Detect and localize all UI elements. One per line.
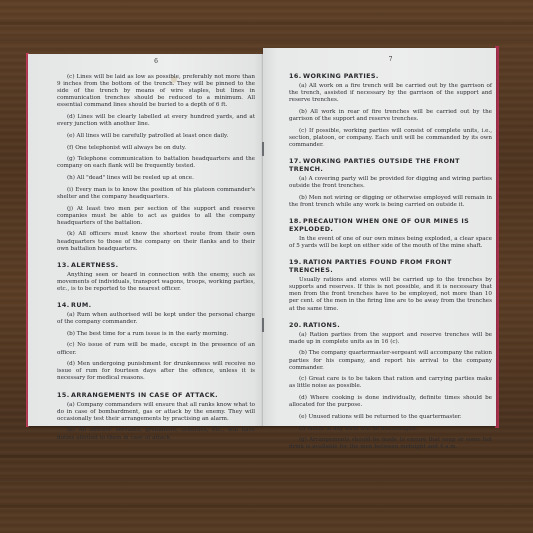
- section-number: 19.: [289, 258, 303, 266]
- section-heading: 20.RATIONS.: [289, 321, 492, 329]
- section-title: RATION PARTIES FOUND FROM FRONT TRENCHES…: [289, 258, 452, 274]
- section-number: 20.: [289, 321, 303, 329]
- section-title: ARRANGEMENTS IN CASE OF ATTACK.: [71, 391, 218, 399]
- paragraph: (b) Men not wiring or digging or otherwi…: [289, 195, 492, 209]
- paragraph: (f) One telephonist will always be on du…: [57, 145, 255, 152]
- paragraph: Usually rations and stores will be carri…: [289, 277, 492, 312]
- section-number: 13.: [57, 261, 71, 269]
- left-page-text: 6 (c) Lines will be laid as low as possi…: [57, 58, 255, 446]
- paragraph: (f) Waste in any form will be discourage…: [289, 426, 492, 433]
- section-number: 18.: [289, 217, 303, 225]
- staple-top: [262, 142, 264, 156]
- paragraph: (g) Arrangements should be made to ensur…: [289, 437, 492, 451]
- right-page-text: 7 16.WORKING PARTIES.(a) All work on a f…: [289, 56, 492, 456]
- paragraph: (a) A covering party will be provided fo…: [289, 176, 492, 190]
- paragraph: (b) All work in rear of fire trenches wi…: [289, 109, 492, 123]
- paragraph: (d) Men undergoing punishment for drunke…: [57, 361, 255, 382]
- section-heading: 16.WORKING PARTIES.: [289, 72, 492, 80]
- page-number: 7: [289, 56, 492, 63]
- section-heading: 13.ALERTNESS.: [57, 261, 255, 269]
- paragraph: (k) All officers must know the shortest …: [57, 231, 255, 252]
- paragraph: (g) Telephone communication to battalion…: [57, 156, 255, 170]
- section-heading: 15.ARRANGEMENTS IN CASE OF ATTACK.: [57, 391, 255, 399]
- paragraph: (c) Great care is to be taken that ratio…: [289, 376, 492, 390]
- paragraph: (a) All work on a fire trench will be ca…: [289, 83, 492, 104]
- page-number: 6: [57, 58, 255, 65]
- section-title: RATIONS.: [303, 321, 340, 329]
- right-page-blocks: 16.WORKING PARTIES.(a) All work on a fir…: [289, 72, 492, 451]
- paragraph: (c) No issue of rum will be made, except…: [57, 342, 255, 356]
- paragraph: (c) If possible, working parties will co…: [289, 128, 492, 149]
- left-page-blocks: (c) Lines will be laid as low as possibl…: [57, 74, 255, 442]
- paragraph: Anything seen or heard in connection wit…: [57, 272, 255, 293]
- paragraph: (b) All officers' servants, grenadiers, …: [57, 427, 255, 441]
- section-title: PRECAUTION WHEN ONE OF OUR MINES IS EXPL…: [289, 217, 469, 233]
- paragraph: (d) Lines will be clearly labelled at ev…: [57, 114, 255, 128]
- paragraph: (a) Rum when authorised will be kept und…: [57, 312, 255, 326]
- paragraph: (a) Company commanders will ensure that …: [57, 402, 255, 423]
- section-number: 15.: [57, 391, 71, 399]
- paragraph: (j) At least two men per section of the …: [57, 206, 255, 227]
- staple-bottom: [262, 318, 264, 332]
- section-number: 17.: [289, 157, 303, 165]
- section-title: WORKING PARTIES.: [303, 72, 379, 80]
- paragraph: (e) All lines will be carefully patrolle…: [57, 133, 255, 140]
- paragraph: (i) Every man is to know the position of…: [57, 187, 255, 201]
- paragraph: In the event of one of our own mines bei…: [289, 236, 492, 250]
- section-heading: 18.PRECAUTION WHEN ONE OF OUR MINES IS E…: [289, 217, 492, 233]
- section-number: 14.: [57, 301, 71, 309]
- section-title: RUM.: [71, 301, 92, 309]
- section-number: 16.: [289, 72, 303, 80]
- paragraph: (e) Unused rations will be returned to t…: [289, 414, 492, 421]
- paragraph: (d) Where cooking is done individually, …: [289, 395, 492, 409]
- section-title: WORKING PARTIES OUTSIDE THE FRONT TRENCH…: [289, 157, 460, 173]
- paragraph: (a) Ration parties from the support and …: [289, 332, 492, 346]
- paragraph: (b) The best time for a rum issue is in …: [57, 331, 255, 338]
- section-title: ALERTNESS.: [71, 261, 118, 269]
- paragraph: (h) All "dead" lines will be reeled up a…: [57, 175, 255, 182]
- paragraph: (b) The company quartermaster-sergeant w…: [289, 350, 492, 371]
- section-heading: 14.RUM.: [57, 301, 255, 309]
- section-heading: 17.WORKING PARTIES OUTSIDE THE FRONT TRE…: [289, 157, 492, 173]
- paragraph: (c) Lines will be laid as low as possibl…: [57, 74, 255, 109]
- section-heading: 19.RATION PARTIES FOUND FROM FRONT TRENC…: [289, 258, 492, 274]
